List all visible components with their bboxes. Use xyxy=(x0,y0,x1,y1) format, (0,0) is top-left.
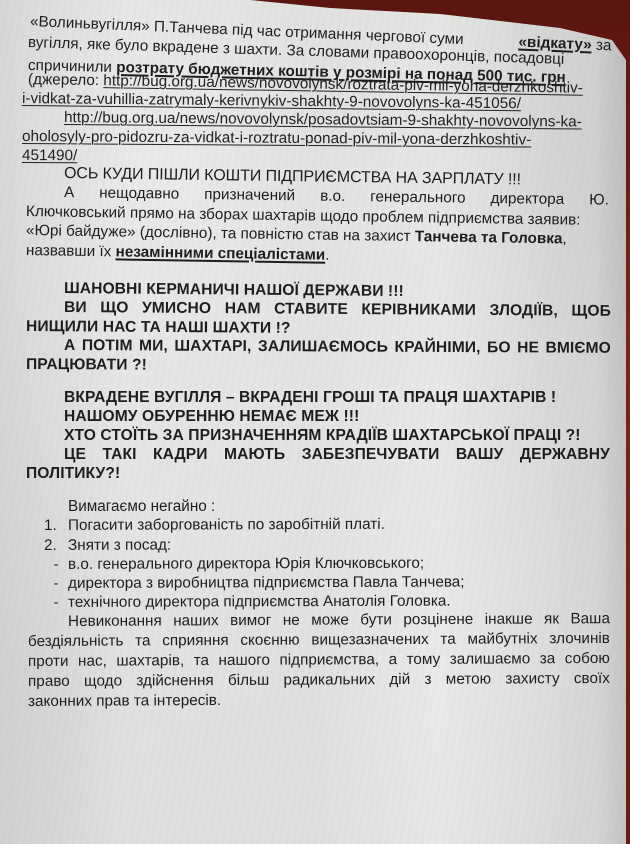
conclusion-word: нас, xyxy=(78,652,107,672)
named-officials: Танчева та Головка xyxy=(415,228,563,247)
conclusion-word: право xyxy=(28,672,70,692)
paragraph2-word: в.о. xyxy=(320,187,345,207)
conclusion-word: бути xyxy=(360,610,392,630)
conclusion-text-5: законних прав та інтересів. xyxy=(28,692,221,710)
outrage-word: ЦЕ xyxy=(64,445,86,464)
demands-heading-text: Вимагаємо негайно : xyxy=(68,498,215,515)
outrage-word: МАЮТЬ xyxy=(224,445,285,464)
irreplaceable-specialists: незамінними спеціалістами xyxy=(115,243,325,263)
conclusion-line-2: бездіяльністьтасприянняскоєннювищезазнач… xyxy=(28,629,610,651)
appeal-word: А xyxy=(64,336,75,355)
source-link-2-end[interactable]: 451490/ xyxy=(22,147,77,164)
source-link-2-cont[interactable]: oholosyly-pro-pidozru-za-vidkat-i-roztra… xyxy=(22,128,531,149)
punct: , xyxy=(562,230,567,247)
conclusion-word: своїх xyxy=(574,669,610,689)
conclusion-word: радикальних xyxy=(283,670,375,690)
demand-text: технічного директора підприємства Анатол… xyxy=(68,593,451,611)
demand-item: -в.о. генерального директора Юрія Ключко… xyxy=(44,554,424,575)
demand-text: в.о. генерального директора Юрія Ключков… xyxy=(68,555,424,573)
paragraph2-word: директора xyxy=(490,189,564,209)
document-page: «Волиньвугілля» П.Танчева під час отрима… xyxy=(0,0,630,844)
conclusion-line-4: правощодоздійсненнябільшрадикальнихдійзм… xyxy=(28,669,610,691)
demand-text: директора з виробництва підприємства Пав… xyxy=(68,574,465,592)
intro-line-7: oholosyly-pro-pidozru-za-vidkat-i-roztra… xyxy=(22,127,531,150)
conclusion-word: захисту xyxy=(505,669,559,689)
punct: . xyxy=(325,247,330,264)
conclusion-word: сприяння xyxy=(162,631,229,651)
paragraph2-word: нещодавно xyxy=(99,183,179,204)
demand-item: -директора з виробництва підприємства Па… xyxy=(44,573,465,594)
appeal-text-5: ПРАЦЮВАТИ ?! xyxy=(26,356,147,374)
paragraph2-word: призначений xyxy=(204,185,295,206)
paragraph2-line-4: назвавши їх незамінними спеціалістами. xyxy=(26,241,330,265)
outrage-text-3: ХТО СТОЇТЬ ЗА ПРИЗНАЧЕННЯМ КРАДІЇВ ШАХТА… xyxy=(64,427,581,444)
demand-marker: - xyxy=(44,574,68,593)
appeal-word: НАМ xyxy=(225,299,261,319)
appeal-line-5: ПРАЦЮВАТИ ?! xyxy=(26,355,147,375)
conclusion-word: залишаємо xyxy=(450,649,531,669)
outrage-text-1: ВКРАДЕНЕ ВУГІЛЛЯ – ВКРАДЕНІ ГРОШІ ТА ПРА… xyxy=(64,389,556,406)
appeal-word: УМИСНО xyxy=(142,299,211,319)
appeal-word: СТАВИТЕ xyxy=(274,299,348,319)
demand-marker: 1. xyxy=(44,516,68,535)
conclusion-word: підприємства, xyxy=(279,650,379,670)
conclusion-word: а xyxy=(389,650,398,669)
conclusion-word: майбутніх xyxy=(467,629,537,649)
appeal-word: БО xyxy=(487,338,511,358)
demands-heading: Вимагаємо негайно : xyxy=(68,497,215,516)
appeal-word: МИ, xyxy=(139,336,168,356)
appeal-word: ЩО xyxy=(100,298,128,318)
demand-marker: - xyxy=(44,555,68,574)
appeal-word: ЗЛОДІЇВ, xyxy=(489,301,558,321)
conclusion-line-3: протинас,шахтарів,танашогопідприємства,а… xyxy=(28,649,610,671)
appeal-word: НЕ xyxy=(517,338,539,358)
conclusion-word: метою xyxy=(446,670,491,690)
conclusion-word: та xyxy=(135,631,150,650)
outrage-word: КАДРИ xyxy=(153,445,208,464)
conclusion-word: шахтарів, xyxy=(116,651,184,671)
appeal-word: ЩОБ xyxy=(571,302,611,322)
appeal-text-1: ШАНОВНІ КЕРМАНИЧІ НАШОЇ ДЕРЖАВИ !!! xyxy=(64,280,404,300)
conclusion-word: за xyxy=(540,649,556,668)
conclusion-word: вищезазначених xyxy=(311,630,428,650)
outrage-text-5: ПОЛІТИКУ?! xyxy=(26,465,120,482)
demand-item: 1.Погасити заборгованість по заробітній … xyxy=(44,515,385,536)
conclusion-word: та xyxy=(194,651,209,670)
conclusion-word: скоєнню xyxy=(240,631,299,651)
conclusion-word: собою xyxy=(565,649,610,669)
conclusion-word: наших xyxy=(173,611,219,631)
conclusion-line-1: Невиконаннянашихвимогнеможебутирозцінене… xyxy=(68,609,610,631)
paragraph2-text-4: назвавши їх xyxy=(26,242,116,260)
conclusion-word: більш xyxy=(228,671,269,691)
outrage-text-2: НАШОМУ ОБУРЕННЮ НЕМАЄ МЕЖ !!! xyxy=(64,408,359,425)
demand-marker: - xyxy=(44,593,68,612)
appeal-word: ВМІЄМО xyxy=(545,339,611,359)
conclusion-word: злочинів xyxy=(549,629,610,649)
conclusion-word: бездіяльність xyxy=(28,632,124,652)
outrage-word: ВАШУ xyxy=(456,445,504,464)
conclusion-word: нашого xyxy=(218,651,270,671)
appeal-word: ПОТІМ xyxy=(82,336,133,356)
appeal-word: КРАЙНІМИ, xyxy=(394,338,480,358)
demand-marker: 2. xyxy=(44,536,68,555)
demand-text: Зняти з посад: xyxy=(68,537,171,554)
conclusion-word: не xyxy=(283,611,300,630)
conclusion-word: з xyxy=(424,670,431,689)
outrage-line-1: ВКРАДЕНЕ ВУГІЛЛЯ – ВКРАДЕНІ ГРОШІ ТА ПРА… xyxy=(64,388,556,407)
conclusion-line-5: законних прав та інтересів. xyxy=(28,691,221,711)
demand-text: Погасити заборгованість по заробітній пл… xyxy=(68,516,385,534)
conclusion-word: розцінене xyxy=(403,610,473,630)
conclusion-word: вимог xyxy=(230,611,271,631)
demand-item: -технічного директора підприємства Анато… xyxy=(44,592,451,613)
intro-line-8: 451490/ xyxy=(22,146,77,166)
source-label: (джерело: xyxy=(28,71,104,89)
appeal-word: ВИ xyxy=(64,298,87,318)
outrage-line-3: ХТО СТОЇТЬ ЗА ПРИЗНАЧЕННЯМ КРАДІЇВ ШАХТА… xyxy=(64,426,581,445)
paragraph2-word: А xyxy=(64,183,74,203)
conclusion-word: може xyxy=(311,611,349,631)
appeal-word: ЗАЛИШАЄМОСЬ xyxy=(258,337,388,357)
appeal-word: КЕРІВНИКАМИ xyxy=(361,300,476,320)
conclusion-word: тому xyxy=(406,650,440,670)
outrage-word: ДЕРЖАВНУ xyxy=(520,445,610,464)
intro-word: за xyxy=(591,37,611,55)
conclusion-word: та xyxy=(440,630,455,649)
outrage-line-5: ПОЛІТИКУ?! xyxy=(26,464,120,483)
outrage-line-4: ЦЕТАКІКАДРИМАЮТЬЗАБЕЗПЕЧУВАТИВАШУДЕРЖАВН… xyxy=(64,445,610,464)
conclusion-word: як xyxy=(544,609,559,628)
conclusion-word: інакше xyxy=(485,610,533,630)
demand-item: 2.Зняти з посад: xyxy=(44,536,171,556)
conclusion-word: Ваша xyxy=(570,609,610,629)
appeal-text-3: НИЩИЛИ НАС ТА НАШІ ШАХТИ !? xyxy=(26,318,291,337)
conclusion-word: Невиконання xyxy=(68,612,162,632)
outrage-word: ЗАБЕЗПЕЧУВАТИ xyxy=(302,445,440,464)
conclusion-word: щодо xyxy=(84,672,122,692)
outrage-line-2: НАШОМУ ОБУРЕННЮ НЕМАЄ МЕЖ !!! xyxy=(64,407,359,426)
conclusion-word: здійснення xyxy=(136,671,213,691)
conclusion-word: дій xyxy=(389,670,410,690)
appeal-word: ШАХТАРІ, xyxy=(174,337,251,357)
outrage-word: ТАКІ xyxy=(102,445,136,464)
conclusion-word: проти xyxy=(28,652,69,672)
paragraph2-word: Ю. xyxy=(589,190,609,210)
paragraph2-word: генерального xyxy=(370,187,466,208)
